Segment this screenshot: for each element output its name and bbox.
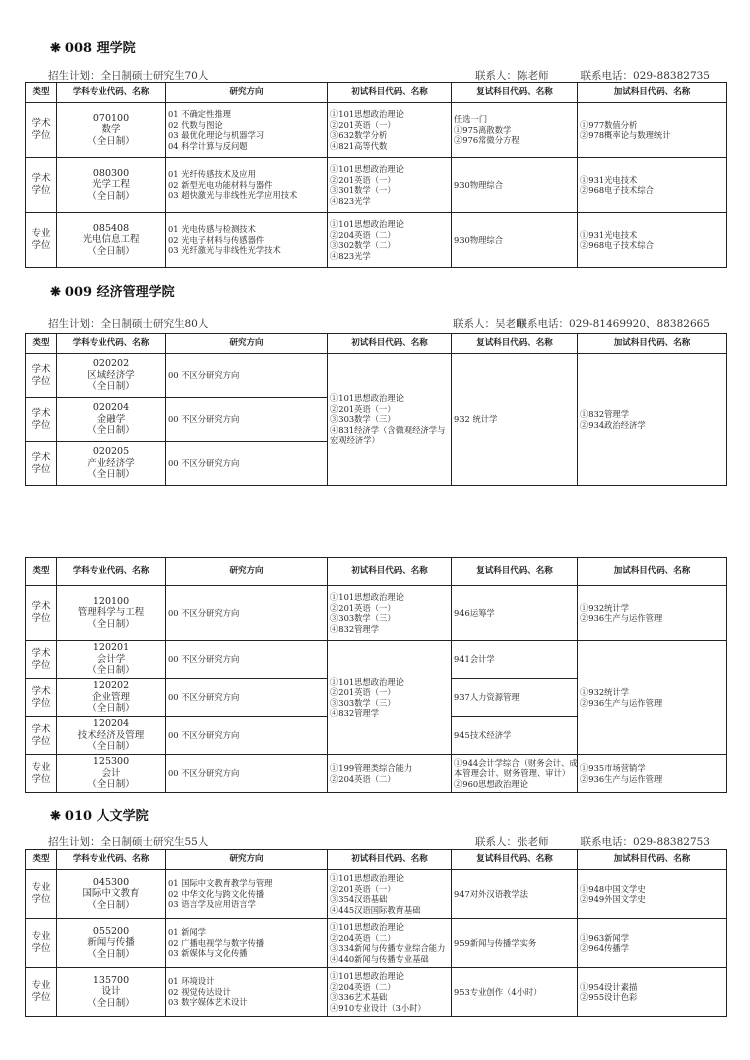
extra-cell: ①935市场营销学②936生产与运作管理 — [578, 755, 727, 793]
direction-cell: 01 光纤传感技术及应用02 新型光电功能材料与器件03 超快激光与非线性光学应… — [166, 158, 328, 213]
initial-cell: ①101思想政治理论②201英语（一）③303数学（三）④832管理学 — [328, 586, 452, 641]
direction-cell: 00 不区分研究方向 — [166, 641, 328, 679]
asterisk-icon: ❋ — [50, 41, 61, 56]
extra-cell: ①954设计素描②955设计色彩 — [578, 968, 727, 1017]
direction-cell: 00 不区分研究方向 — [166, 717, 328, 755]
plan-line-008: 招生计划：全日制硕士研究生70人 联系人：陈老师 联系电话：029-883827… — [48, 68, 710, 82]
initial-cell: ①199管理类综合能力②204英语（二） — [328, 755, 452, 793]
direction-cell: 01 国际中文教育教学与管理02 中华文化与跨文化传播03 语言学及应用语言学 — [166, 870, 328, 919]
extra-cell: ①932统计学②936生产与运作管理 — [578, 641, 727, 755]
major-cell: 120204技术经济及管理（全日制） — [57, 717, 166, 755]
initial-cell: ①101思想政治理论②201英语（一）③632数学分析④821高等代数 — [328, 103, 452, 158]
degree-type: 专业学位 — [26, 755, 57, 793]
table-header: 类型 学科专业代码、名称 研究方向 初试科目代码、名称 复试科目代码、名称 加试… — [26, 83, 727, 103]
initial-cell: ①101思想政治理论②201英语（一）③301数学（一）④823光学 — [328, 158, 452, 213]
major-cell: 080300光学工程（全日制） — [57, 158, 166, 213]
degree-type: 学术学位 — [26, 679, 57, 717]
table-row: 专业学位 135700设计（全日制） 01 环境设计02 视觉传达设计03 数字… — [26, 968, 727, 1017]
direction-cell: 00 不区分研究方向 — [166, 354, 328, 398]
direction-cell: 01 环境设计02 视觉传达设计03 数字媒体艺术设计 — [166, 968, 328, 1017]
direction-cell: 00 不区分研究方向 — [166, 398, 328, 442]
header-direction: 研究方向 — [166, 558, 328, 586]
extra-cell: ①832管理学②934政治经济学 — [578, 354, 727, 486]
header-type: 类型 — [26, 850, 57, 870]
contact-person: 联系人：张老师 — [475, 834, 549, 849]
initial-cell: ①101思想政治理论②201英语（一）③303数学（三）④831经济学（含微观经… — [328, 354, 452, 486]
initial-cell: ①101思想政治理论②204英语（二）③302数学（二）④823光学 — [328, 213, 452, 268]
contact-phone: 联系电话：029-81469920、88382665 — [517, 316, 710, 331]
extra-cell: ①931光电技术②968电子技术综合 — [578, 213, 727, 268]
header-extra: 加试科目代码、名称 — [578, 83, 727, 103]
major-cell: 020202区域经济学（全日制） — [57, 354, 166, 398]
degree-type: 学术学位 — [26, 354, 57, 398]
initial-cell: ①101思想政治理论②201英语（一）③354汉语基础④445汉语国际教育基础 — [328, 870, 452, 919]
direction-cell: 00 不区分研究方向 — [166, 755, 328, 793]
table-row: 专业学位 055200新闻与传播（全日制） 01 新闻学02 广播电视学与数字传… — [26, 919, 727, 968]
major-cell: 125300会计（全日制） — [57, 755, 166, 793]
degree-type: 学术学位 — [26, 442, 57, 486]
table-row: 专业学位 045300国际中文教育（全日制） 01 国际中文教育教学与管理02 … — [26, 870, 727, 919]
plan-line-010: 招生计划：全日制硕士研究生55人 联系人：张老师 联系电话：029-883827… — [48, 834, 710, 848]
header-extra: 加试科目代码、名称 — [578, 558, 727, 586]
section-title-008: ❋008 理学院 — [50, 37, 136, 56]
retest-cell: 932 统计学 — [452, 354, 578, 486]
retest-cell: 任选一门①975离散数学②976常微分方程 — [452, 103, 578, 158]
major-cell: 120100管理科学与工程（全日制） — [57, 586, 166, 641]
enrollment-plan: 招生计划：全日制硕士研究生80人 — [48, 316, 208, 331]
initial-cell: ①101思想政治理论②204英语（二）③334新闻与传播专业综合能力④440新闻… — [328, 919, 452, 968]
contact-phone: 联系电话：029-88382735 — [580, 68, 710, 83]
table-header: 类型 学科专业代码、名称 研究方向 初试科目代码、名称 复试科目代码、名称 加试… — [26, 334, 727, 354]
retest-cell: 959新闻与传播学实务 — [452, 919, 578, 968]
contact-person: 联系人：陈老师 — [475, 68, 549, 83]
major-cell: 120201会计学（全日制） — [57, 641, 166, 679]
direction-cell: 00 不区分研究方向 — [166, 679, 328, 717]
table-010: 类型 学科专业代码、名称 研究方向 初试科目代码、名称 复试科目代码、名称 加试… — [25, 849, 727, 1017]
major-cell: 055200新闻与传播（全日制） — [57, 919, 166, 968]
plan-line-009: 招生计划：全日制硕士研究生80人 联系人：吴老师 联系电话：029-814699… — [48, 316, 710, 330]
degree-type: 专业学位 — [26, 213, 57, 268]
header-initial: 初试科目代码、名称 — [328, 83, 452, 103]
degree-type: 学术学位 — [26, 158, 57, 213]
table-row: 学术学位 020202区域经济学（全日制） 00 不区分研究方向 ①101思想政… — [26, 354, 727, 398]
table-008: 类型 学科专业代码、名称 研究方向 初试科目代码、名称 复试科目代码、名称 加试… — [25, 82, 727, 268]
header-initial: 初试科目代码、名称 — [328, 850, 452, 870]
header-type: 类型 — [26, 334, 57, 354]
direction-cell: 00 不区分研究方向 — [166, 586, 328, 641]
major-cell: 020205产业经济学（全日制） — [57, 442, 166, 486]
initial-cell: ①101思想政治理论②204英语（二）③336艺术基础④910专业设计（3小时） — [328, 968, 452, 1017]
section-title-009: ❋009 经济管理学院 — [50, 281, 175, 300]
extra-cell: ①963新闻学②964传播学 — [578, 919, 727, 968]
header-type: 类型 — [26, 558, 57, 586]
retest-cell: ①944会计学综合（财务会计、成本管理会计、财务管理、审计）②960思想政治理论 — [452, 755, 578, 793]
degree-type: 专业学位 — [26, 919, 57, 968]
extra-cell: ①948中国文学史②949外国文学史 — [578, 870, 727, 919]
table-009-continued: 类型 学科专业代码、名称 研究方向 初试科目代码、名称 复试科目代码、名称 加试… — [25, 557, 727, 793]
header-type: 类型 — [26, 83, 57, 103]
table-header: 类型 学科专业代码、名称 研究方向 初试科目代码、名称 复试科目代码、名称 加试… — [26, 850, 727, 870]
header-extra: 加试科目代码、名称 — [578, 850, 727, 870]
enrollment-plan: 招生计划：全日制硕士研究生55人 — [48, 834, 208, 849]
table-row: 学术学位 080300光学工程（全日制） 01 光纤传感技术及应用02 新型光电… — [26, 158, 727, 213]
table-009: 类型 学科专业代码、名称 研究方向 初试科目代码、名称 复试科目代码、名称 加试… — [25, 333, 727, 486]
header-retest: 复试科目代码、名称 — [452, 850, 578, 870]
major-cell: 070100数学（全日制） — [57, 103, 166, 158]
retest-cell: 945技术经济学 — [452, 717, 578, 755]
retest-cell: 937人力资源管理 — [452, 679, 578, 717]
major-cell: 085408光电信息工程（全日制） — [57, 213, 166, 268]
direction-cell: 01 不确定性推理02 代数与图论03 最优化理论与机器学习04 科学计算与反问… — [166, 103, 328, 158]
table-row: 学术学位 120100管理科学与工程（全日制） 00 不区分研究方向 ①101思… — [26, 586, 727, 641]
header-retest: 复试科目代码、名称 — [452, 83, 578, 103]
table-row: 专业学位 085408光电信息工程（全日制） 01 光电传感与检测技术02 光电… — [26, 213, 727, 268]
asterisk-icon: ❋ — [50, 809, 61, 824]
header-retest: 复试科目代码、名称 — [452, 334, 578, 354]
header-major: 学科专业代码、名称 — [57, 334, 166, 354]
extra-cell: ①977数值分析②978概率论与数理统计 — [578, 103, 727, 158]
major-cell: 045300国际中文教育（全日制） — [57, 870, 166, 919]
direction-cell: 01 新闻学02 广播电视学与数字传播03 新媒体与文化传播 — [166, 919, 328, 968]
extra-cell: ①931光电技术②968电子技术综合 — [578, 158, 727, 213]
header-major: 学科专业代码、名称 — [57, 850, 166, 870]
retest-cell: 930物理综合 — [452, 158, 578, 213]
contact-phone: 联系电话：029-88382753 — [580, 834, 710, 849]
major-cell: 020204金融学（全日制） — [57, 398, 166, 442]
header-direction: 研究方向 — [166, 83, 328, 103]
degree-type: 学术学位 — [26, 586, 57, 641]
asterisk-icon: ❋ — [50, 285, 61, 300]
retest-cell: 953专业创作（4小时） — [452, 968, 578, 1017]
header-major: 学科专业代码、名称 — [57, 558, 166, 586]
retest-cell: 946运筹学 — [452, 586, 578, 641]
table-header: 类型 学科专业代码、名称 研究方向 初试科目代码、名称 复试科目代码、名称 加试… — [26, 558, 727, 586]
extra-cell: ①932统计学②936生产与运作管理 — [578, 586, 727, 641]
degree-type: 专业学位 — [26, 870, 57, 919]
direction-cell: 00 不区分研究方向 — [166, 442, 328, 486]
major-cell: 120202企业管理（全日制） — [57, 679, 166, 717]
contact-person: 联系人：吴老师 — [453, 316, 527, 331]
retest-cell: 947对外汉语教学法 — [452, 870, 578, 919]
degree-type: 学术学位 — [26, 717, 57, 755]
header-retest: 复试科目代码、名称 — [452, 558, 578, 586]
section-title-010: ❋010 人文学院 — [50, 805, 149, 824]
header-direction: 研究方向 — [166, 850, 328, 870]
direction-cell: 01 光电传感与检测技术02 光电子材料与传感器件03 光纤激光与非线性光学技术 — [166, 213, 328, 268]
header-direction: 研究方向 — [166, 334, 328, 354]
retest-cell: 930物理综合 — [452, 213, 578, 268]
table-row: 学术学位 070100数学（全日制） 01 不确定性推理02 代数与图论03 最… — [26, 103, 727, 158]
degree-type: 专业学位 — [26, 968, 57, 1017]
degree-type: 学术学位 — [26, 103, 57, 158]
enrollment-plan: 招生计划：全日制硕士研究生70人 — [48, 68, 208, 83]
retest-cell: 941会计学 — [452, 641, 578, 679]
degree-type: 学术学位 — [26, 641, 57, 679]
header-major: 学科专业代码、名称 — [57, 83, 166, 103]
initial-cell: ①101思想政治理论②201英语（一）③303数学（三）④832管理学 — [328, 641, 452, 755]
table-row: 专业学位 125300会计（全日制） 00 不区分研究方向 ①199管理类综合能… — [26, 755, 727, 793]
header-extra: 加试科目代码、名称 — [578, 334, 727, 354]
header-initial: 初试科目代码、名称 — [328, 334, 452, 354]
degree-type: 学术学位 — [26, 398, 57, 442]
table-row: 学术学位 120201会计学（全日制） 00 不区分研究方向 ①101思想政治理… — [26, 641, 727, 679]
major-cell: 135700设计（全日制） — [57, 968, 166, 1017]
header-initial: 初试科目代码、名称 — [328, 558, 452, 586]
